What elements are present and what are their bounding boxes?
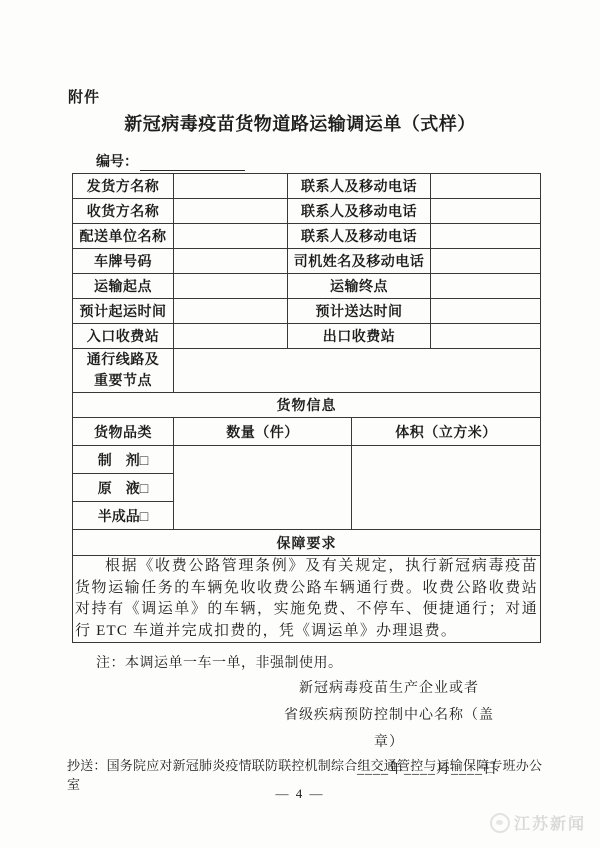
field-label: 出口收费站 <box>288 324 431 349</box>
table-row: 预计起运时间 预计送达时间 <box>73 299 541 324</box>
jstv-logo-icon <box>490 813 510 833</box>
table-row: 车牌号码 司机姓名及移动电话 <box>73 249 541 274</box>
cargo-category-cell: 原 液□ <box>73 474 174 502</box>
guarantee-text-cell: 根据《收费公路管理条例》及有关规定，执行新冠病毒疫苗货物运输任务的车辆免收收费公… <box>73 556 541 643</box>
field-label: 配送单位名称 <box>73 224 174 249</box>
route-value-cell <box>174 349 541 393</box>
field-label: 收货方名称 <box>73 199 174 224</box>
field-value-cell <box>174 174 288 199</box>
cargo-column-headers-row: 货物品类 数量（件） 体积（立方米） <box>73 418 541 446</box>
field-label: 预计送达时间 <box>288 299 431 324</box>
field-label: 运输终点 <box>288 274 431 299</box>
checkbox-icon: □ <box>140 482 148 497</box>
field-label: 预计起运时间 <box>73 299 174 324</box>
signature-line-2: 省级疾病预防控制中心名称（盖章） <box>278 702 500 756</box>
dispatch-form-table: 发货方名称 联系人及移动电话 收货方名称 联系人及移动电话 配送单位名称 联系人… <box>72 173 541 643</box>
field-value-cell <box>174 199 288 224</box>
guarantee-paragraph: 根据《收费公路管理条例》及有关规定，执行新冠病毒疫苗货物运输任务的车辆免收收费公… <box>75 556 538 642</box>
field-label: 司机姓名及移动电话 <box>288 249 431 274</box>
table-row: 运输起点 运输终点 <box>73 274 541 299</box>
watermark: 江苏新闻 <box>490 811 586 834</box>
serial-blank-line <box>140 156 245 171</box>
cargo-category-header: 货物品类 <box>73 418 174 446</box>
field-value-cell <box>174 324 288 349</box>
field-value-cell <box>174 249 288 274</box>
field-label: 运输起点 <box>73 274 174 299</box>
signature-line-1: 新冠病毒疫苗生产企业或者 <box>278 675 500 702</box>
checkbox-icon: □ <box>140 454 148 469</box>
field-label: 车牌号码 <box>73 249 174 274</box>
field-label: 入口收费站 <box>73 324 174 349</box>
watermark-text: 江苏新闻 <box>514 811 586 834</box>
cargo-category-label: 制 剂 <box>98 454 140 469</box>
serial-number-row: 编号： <box>96 151 245 171</box>
guarantee-section-header-row: 保障要求 <box>73 530 541 556</box>
route-label-line2: 重要节点 <box>75 371 171 392</box>
field-value-cell <box>431 224 541 249</box>
table-row: 入口收费站 出口收费站 <box>73 324 541 349</box>
table-row: 发货方名称 联系人及移动电话 <box>73 174 541 199</box>
field-value-cell <box>431 174 541 199</box>
cargo-volume-value-cell <box>352 446 541 530</box>
route-label-line1: 通行线路及 <box>75 350 171 371</box>
serial-number-label: 编号： <box>96 155 138 170</box>
field-value-cell <box>431 299 541 324</box>
route-row: 通行线路及 重要节点 <box>73 349 541 393</box>
field-value-cell <box>431 274 541 299</box>
table-row: 收货方名称 联系人及移动电话 <box>73 199 541 224</box>
attachment-label: 附件 <box>68 86 100 107</box>
field-label: 联系人及移动电话 <box>288 224 431 249</box>
cargo-volume-header: 体积（立方米） <box>352 418 541 446</box>
field-label: 联系人及移动电话 <box>288 199 431 224</box>
cargo-section-header-row: 货物信息 <box>73 393 541 418</box>
field-value-cell <box>174 299 288 324</box>
cargo-category-label: 半成品 <box>98 510 140 525</box>
cargo-category-label: 原 液 <box>98 482 140 497</box>
field-value-cell <box>431 249 541 274</box>
guarantee-section-title: 保障要求 <box>73 530 541 556</box>
route-label: 通行线路及 重要节点 <box>73 349 174 393</box>
table-row: 配送单位名称 联系人及移动电话 <box>73 224 541 249</box>
cargo-quantity-value-cell <box>174 446 352 530</box>
field-label: 发货方名称 <box>73 174 174 199</box>
field-label: 联系人及移动电话 <box>288 174 431 199</box>
page-number: — 4 — <box>0 786 600 802</box>
cargo-category-cell: 半成品□ <box>73 502 174 530</box>
guarantee-text-row: 根据《收费公路管理条例》及有关规定，执行新冠病毒疫苗货物运输任务的车辆免收收费公… <box>73 556 541 643</box>
scanned-document-page: 附件 新冠病毒疫苗货物道路运输调运单（式样） 编号： 发货方名称 联系人及移动电… <box>0 0 600 848</box>
cargo-section-title: 货物信息 <box>73 393 541 418</box>
usage-note: 注：本调运单一车一单，非强制使用。 <box>96 652 343 672</box>
checkbox-icon: □ <box>140 510 148 525</box>
cargo-row-preparation: 制 剂□ <box>73 446 541 474</box>
cargo-quantity-header: 数量（件） <box>174 418 352 446</box>
field-value-cell <box>174 224 288 249</box>
field-value-cell <box>431 199 541 224</box>
cargo-category-cell: 制 剂□ <box>73 446 174 474</box>
field-value-cell <box>174 274 288 299</box>
field-value-cell <box>431 324 541 349</box>
document-title: 新冠病毒疫苗货物道路运输调运单（式样） <box>0 110 600 136</box>
